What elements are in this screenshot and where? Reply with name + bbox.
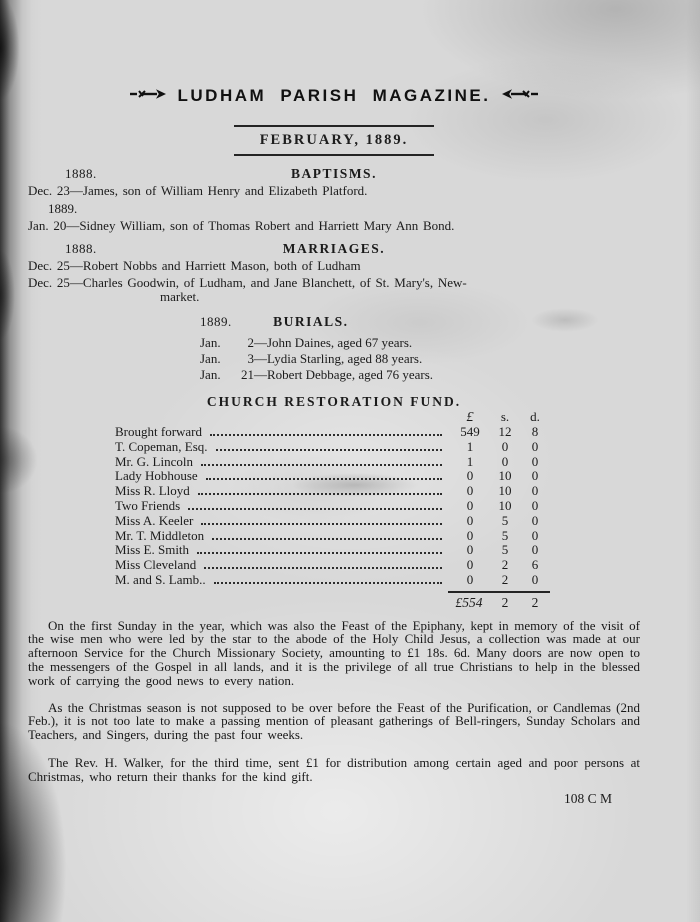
pence-value: 0 <box>520 484 550 499</box>
fund-row: Miss R. Lloyd 0 10 0 <box>115 484 550 499</box>
pounds-value: 0 <box>450 543 490 558</box>
pence-value: 6 <box>520 558 550 573</box>
dotted-leader <box>201 463 442 466</box>
marriage-record: Dec. 25—Charles Goodwin, of Ludham, and … <box>28 275 640 290</box>
masthead: LUDHAM PARISH MAGAZINE. <box>28 86 640 106</box>
burials-year-1889: 1889. <box>200 314 232 329</box>
pence-value: 0 <box>520 455 550 470</box>
paragraph-epiphany-collection: On the first Sunday in the year, which w… <box>28 619 640 688</box>
fund-total-row: £554 2 2 <box>115 596 550 611</box>
donor-name: Lady Hobhouse <box>115 469 198 484</box>
donor-name: Mr. G. Lincoln <box>115 455 193 470</box>
pence-value: 0 <box>520 440 550 455</box>
donor-name: Mr. T. Middleton <box>115 529 204 544</box>
donor-name: Two Friends <box>115 499 180 514</box>
page-content: LUDHAM PARISH MAGAZINE. FEBRUARY, 1889. … <box>28 0 640 807</box>
fund-row: Mr. G. Lincoln 1 0 0 <box>115 455 550 470</box>
shillings-value: 10 <box>490 499 520 514</box>
burial-text: —John Daines, aged 67 years. <box>254 335 412 351</box>
dotted-leader <box>188 507 442 510</box>
dotted-leader <box>206 477 442 480</box>
pounds-value: 0 <box>450 499 490 514</box>
fund-row: Two Friends 0 10 0 <box>115 499 550 514</box>
dotted-leader <box>197 551 442 554</box>
pence-value: 0 <box>520 543 550 558</box>
shillings-column-header: s. <box>490 410 520 424</box>
pounds-value: 0 <box>450 529 490 544</box>
shillings-value: 2 <box>490 558 520 573</box>
paragraph-rev-walker: The Rev. H. Walker, for the third time, … <box>28 756 640 784</box>
arrow-right-ornament-icon <box>130 86 166 106</box>
fund-total-pence: 2 <box>520 596 550 611</box>
shillings-value: 0 <box>490 440 520 455</box>
marriage-record-wrap: market. <box>160 290 640 304</box>
donor-name: Miss A. Keeler <box>115 514 193 529</box>
burial-day: 21 <box>236 367 254 383</box>
pence-value: 0 <box>520 469 550 484</box>
burial-month: Jan. <box>200 335 236 351</box>
pence-column-header: d. <box>520 410 550 424</box>
dotted-leader <box>212 537 442 540</box>
fund-row: T. Copeman, Esq. 1 0 0 <box>115 440 550 455</box>
footer-mark: 108 C M <box>28 791 640 807</box>
pounds-value: 0 <box>450 558 490 573</box>
masthead-title: LUDHAM PARISH MAGAZINE. <box>178 86 491 106</box>
fund-row: Brought forward 549 12 8 <box>115 425 550 440</box>
dotted-leader <box>204 566 442 569</box>
marriages-heading-row: 1888. MARRIAGES. <box>28 241 640 256</box>
shillings-value: 5 <box>490 543 520 558</box>
fund-column-headers: £ s. d. <box>115 410 550 425</box>
baptism-record: Jan. 20—Sidney William, son of Thomas Ro… <box>28 218 640 233</box>
burial-day: 3 <box>236 351 254 367</box>
dotted-leader <box>198 492 442 495</box>
pounds-value: 0 <box>450 484 490 499</box>
pounds-value: 0 <box>450 514 490 529</box>
fund-total-rule <box>448 591 550 593</box>
burial-record: Jan. 21 —Robert Debbage, aged 76 years. <box>200 367 640 383</box>
dotted-leader <box>210 433 442 436</box>
donor-name: M. and S. Lamb.. <box>115 573 206 588</box>
pounds-column-header: £ <box>450 411 490 425</box>
pounds-value: 1 <box>450 440 490 455</box>
burials-heading: BURIALS. <box>273 314 348 329</box>
fund-row: Mr. T. Middleton 0 5 0 <box>115 529 550 544</box>
fund-total-shillings: 2 <box>490 596 520 611</box>
donor-name: T. Copeman, Esq. <box>115 440 208 455</box>
arrow-left-ornament-icon <box>502 86 538 106</box>
baptisms-year-1888: 1888. <box>65 166 97 181</box>
baptism-record: Dec. 23—James, son of William Henry and … <box>28 183 640 198</box>
burials-heading-row: 1889. BURIALS. <box>200 314 640 329</box>
shillings-value: 12 <box>490 425 520 440</box>
donor-name: Brought forward <box>115 425 202 440</box>
paragraph-candlemas: As the Christmas season is not supposed … <box>28 701 640 742</box>
pounds-value: 0 <box>450 573 490 588</box>
shillings-value: 5 <box>490 514 520 529</box>
baptisms-heading: BAPTISMS. <box>291 166 377 181</box>
scan-shadow-left-top <box>0 0 30 120</box>
shillings-value: 10 <box>490 469 520 484</box>
burial-text: —Robert Debbage, aged 76 years. <box>254 367 433 383</box>
fund-row: Miss E. Smith 0 5 0 <box>115 543 550 558</box>
fund-total-pounds: £554 <box>448 596 490 611</box>
scan-shadow-left-mid <box>0 240 26 350</box>
dotted-leader <box>201 522 442 525</box>
fund-row: Miss A. Keeler 0 5 0 <box>115 514 550 529</box>
burial-day: 2 <box>236 335 254 351</box>
donor-name: Miss E. Smith <box>115 543 189 558</box>
donor-name: Miss Cleveland <box>115 558 196 573</box>
shillings-value: 0 <box>490 455 520 470</box>
burial-month: Jan. <box>200 367 236 383</box>
fund-row: Lady Hobhouse 0 10 0 <box>115 469 550 484</box>
burial-text: —Lydia Starling, aged 88 years. <box>254 351 422 367</box>
donor-name: Miss R. Lloyd <box>115 484 190 499</box>
pounds-value: 549 <box>450 425 490 440</box>
marriage-record: Dec. 25—Robert Nobbs and Harriett Mason,… <box>28 258 640 273</box>
burial-record: Jan. 3 —Lydia Starling, aged 88 years. <box>200 351 640 367</box>
baptisms-heading-row: 1888. BAPTISMS. <box>28 166 640 181</box>
pence-value: 0 <box>520 573 550 588</box>
pence-value: 0 <box>520 499 550 514</box>
baptisms-year-1889: 1889. <box>48 202 640 216</box>
marriages-heading: MARRIAGES. <box>283 241 385 256</box>
pounds-value: 0 <box>450 469 490 484</box>
shillings-value: 5 <box>490 529 520 544</box>
issue-date-banner: FEBRUARY, 1889. <box>234 125 434 156</box>
shillings-value: 10 <box>490 484 520 499</box>
fund-row: M. and S. Lamb.. 0 2 0 <box>115 573 550 588</box>
shillings-value: 2 <box>490 573 520 588</box>
pounds-value: 1 <box>450 455 490 470</box>
fund-table: £ s. d. Brought forward 549 12 8 T. Cope… <box>115 410 550 611</box>
burial-record: Jan. 2 —John Daines, aged 67 years. <box>200 335 640 351</box>
fund-row: Miss Cleveland 0 2 6 <box>115 558 550 573</box>
fund-heading: CHURCH RESTORATION FUND. <box>28 394 640 409</box>
pence-value: 0 <box>520 514 550 529</box>
burial-month: Jan. <box>200 351 236 367</box>
pence-value: 8 <box>520 425 550 440</box>
dotted-leader <box>216 448 442 451</box>
marriages-year-1888: 1888. <box>65 241 97 256</box>
magazine-page-scan: LUDHAM PARISH MAGAZINE. FEBRUARY, 1889. … <box>0 0 700 922</box>
dotted-leader <box>214 581 442 584</box>
pence-value: 0 <box>520 529 550 544</box>
